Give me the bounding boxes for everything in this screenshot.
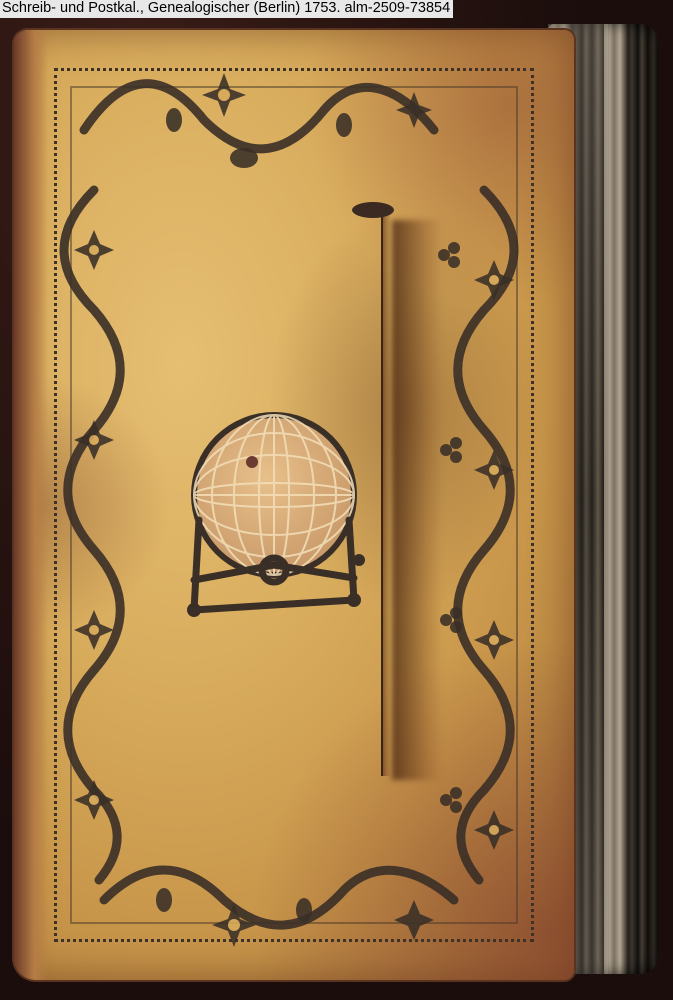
- clasp-stain: [392, 220, 442, 780]
- clasp-strap: [381, 206, 391, 776]
- globe-emblem: [174, 400, 374, 630]
- book-cover: [14, 30, 574, 980]
- clasp-hook: [352, 202, 394, 218]
- image-caption: Schreib- und Postkal., Genealogischer (B…: [0, 0, 453, 18]
